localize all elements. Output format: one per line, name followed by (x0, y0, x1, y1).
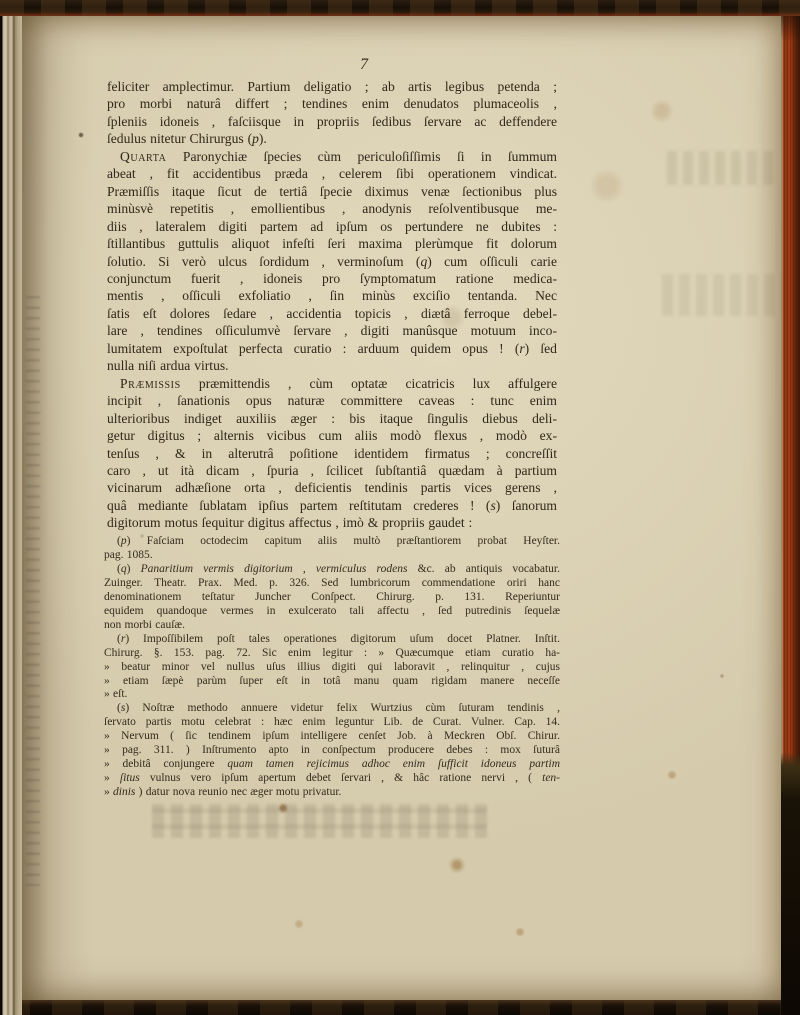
binding-bottom-edge (0, 1000, 800, 1015)
text-line: » ſitus vulnus vero ipſum apertum debet … (104, 772, 560, 786)
text-line: conjunctum fuerit , idoneis pro ſymptoma… (107, 270, 557, 287)
text-line: diis , lateralem digiti partem ad ipſum … (107, 218, 557, 235)
text-line: minùsvè repetitis , emollientibus , anod… (107, 200, 557, 217)
gutter-page-edges (0, 0, 22, 1015)
main-text-block: feliciter amplectimur. Partium deligatio… (107, 78, 557, 532)
footnote: (r) Impoſſibilem poſt tales operationes … (104, 633, 560, 703)
show-through-smudge-right-1 (667, 151, 777, 185)
text-line: pag. 1085. (104, 549, 560, 563)
text-line: pro morbi naturâ differt ; tendines enim… (107, 95, 557, 112)
text-line: (r) Impoſſibilem poſt tales operationes … (104, 633, 560, 647)
text-line: (p) Faſciam octodecim capitum aliis mult… (104, 535, 560, 549)
text-line: denominationem teſtatur Juncher Conſpect… (104, 591, 560, 605)
text-line: Præmissis præmittendis , cùm optatæ cica… (107, 375, 557, 392)
text-line: Præmiſſis itaque ſicut de tertiâ ſpecie … (107, 183, 557, 200)
text-line: vicinarum adhæſione orta , deficientis t… (107, 479, 557, 496)
footnote: (s) Noſtræ methodo annuere videtur felix… (104, 702, 560, 800)
text-line: feliciter amplectimur. Partium deligatio… (107, 78, 557, 95)
footnote: (p) Faſciam octodecim capitum aliis mult… (104, 535, 560, 563)
text-line: ſolutio. Si verò ulcus ſordidum , vermin… (107, 253, 557, 270)
footnote: (q) Panaritium vermis digitorium , vermi… (104, 563, 560, 633)
text-line: nulla niſi ardua virtus. (107, 357, 557, 374)
text-line: (s) Noſtræ methodo annuere videtur felix… (104, 702, 560, 716)
text-line: ſedulus nitetur Chirurgus (p). (107, 130, 557, 147)
text-line: quâ mediante ſublatam ipſius partem reſt… (107, 497, 557, 514)
red-fore-edge (781, 0, 800, 1015)
binding-top-edge (0, 0, 800, 16)
paragraph: Præmissis præmittendis , cùm optatæ cica… (107, 375, 557, 532)
text-line: ſatis eſt dolores ſedare , accidentia to… (107, 305, 557, 322)
text-line: » dinis ) datur nova reunio nec æger mot… (104, 786, 560, 800)
text-line: lumitatem expoſtulat perfecta curatio : … (107, 340, 557, 357)
text-line: digitorum motus ſequitur digitus affectu… (107, 514, 557, 531)
text-line: incipit , ſanationis opus naturæ committ… (107, 392, 557, 409)
page-number: 7 (344, 56, 384, 74)
text-line: (q) Panaritium vermis digitorium , vermi… (104, 563, 560, 577)
text-line: equidem quandoque vermes in exulcerato t… (104, 605, 560, 619)
text-line: mentis , oſſiculi exfoliatio , ſin minùs… (107, 287, 557, 304)
footnotes-block: (p) Faſciam octodecim capitum aliis mult… (104, 535, 560, 800)
text-line: » etiam ſæpè parùm ſuper eſt in totâ man… (104, 675, 560, 689)
show-through-text-bottom (152, 804, 487, 838)
show-through-smudge-right-2 (662, 274, 782, 316)
text-line: » beatur minor vel nullus uſus illius di… (104, 661, 560, 675)
text-line: tenſus , & in alterutrâ poſitione identi… (107, 445, 557, 462)
text-line: ſpleniis idoneis , faſciisque in proprii… (107, 113, 557, 130)
text-line: abeat , fit accidentibus præda , celerem… (107, 165, 557, 182)
scanned-book-photo: { "page": { "number": "7", "main_paragra… (0, 0, 800, 1015)
text-line: caro , ut ità dicam , ſpuria , ſcilicet … (107, 462, 557, 479)
text-line: ſervato partis motu celebrat : hæc enim … (104, 716, 560, 730)
text-line: » Nervum ( ſic tendinem ipſum intelliger… (104, 730, 560, 744)
text-line: ſtillantibus guttulis aliquot infeſti ſe… (107, 235, 557, 252)
text-line: Quarta Paronychiæ ſpecies cùm periculoſi… (107, 148, 557, 165)
text-line: » eſt. (104, 688, 560, 702)
text-line: non morbi cauſæ. (104, 619, 560, 633)
text-line: » pag. 311. ) Inſtrumento apto in conſpe… (104, 744, 560, 758)
book-page: 7 feliciter amplectimur. Partium deligat… (22, 16, 781, 1000)
text-line: lare , tendines oſſiculumvè ſervare , di… (107, 322, 557, 339)
show-through-marks-left-margin (26, 296, 40, 886)
paragraph: feliciter amplectimur. Partium deligatio… (107, 78, 557, 148)
text-line: Zuinger. Theatr. Prax. Med. p. 326. Sed … (104, 577, 560, 591)
paragraph: Quarta Paronychiæ ſpecies cùm periculoſi… (107, 148, 557, 375)
text-line: Chirurg. §. 153. pag. 72. Sic enim legit… (104, 647, 560, 661)
book-scan: 7 feliciter amplectimur. Partium deligat… (0, 0, 800, 1015)
text-line: ulterioribus indiget auxiliis æger : bis… (107, 410, 557, 427)
text-line: » debitâ conjungere quam tamen rejicimus… (104, 758, 560, 772)
text-line: getur digitus ; alternis vicibus cum ali… (107, 427, 557, 444)
